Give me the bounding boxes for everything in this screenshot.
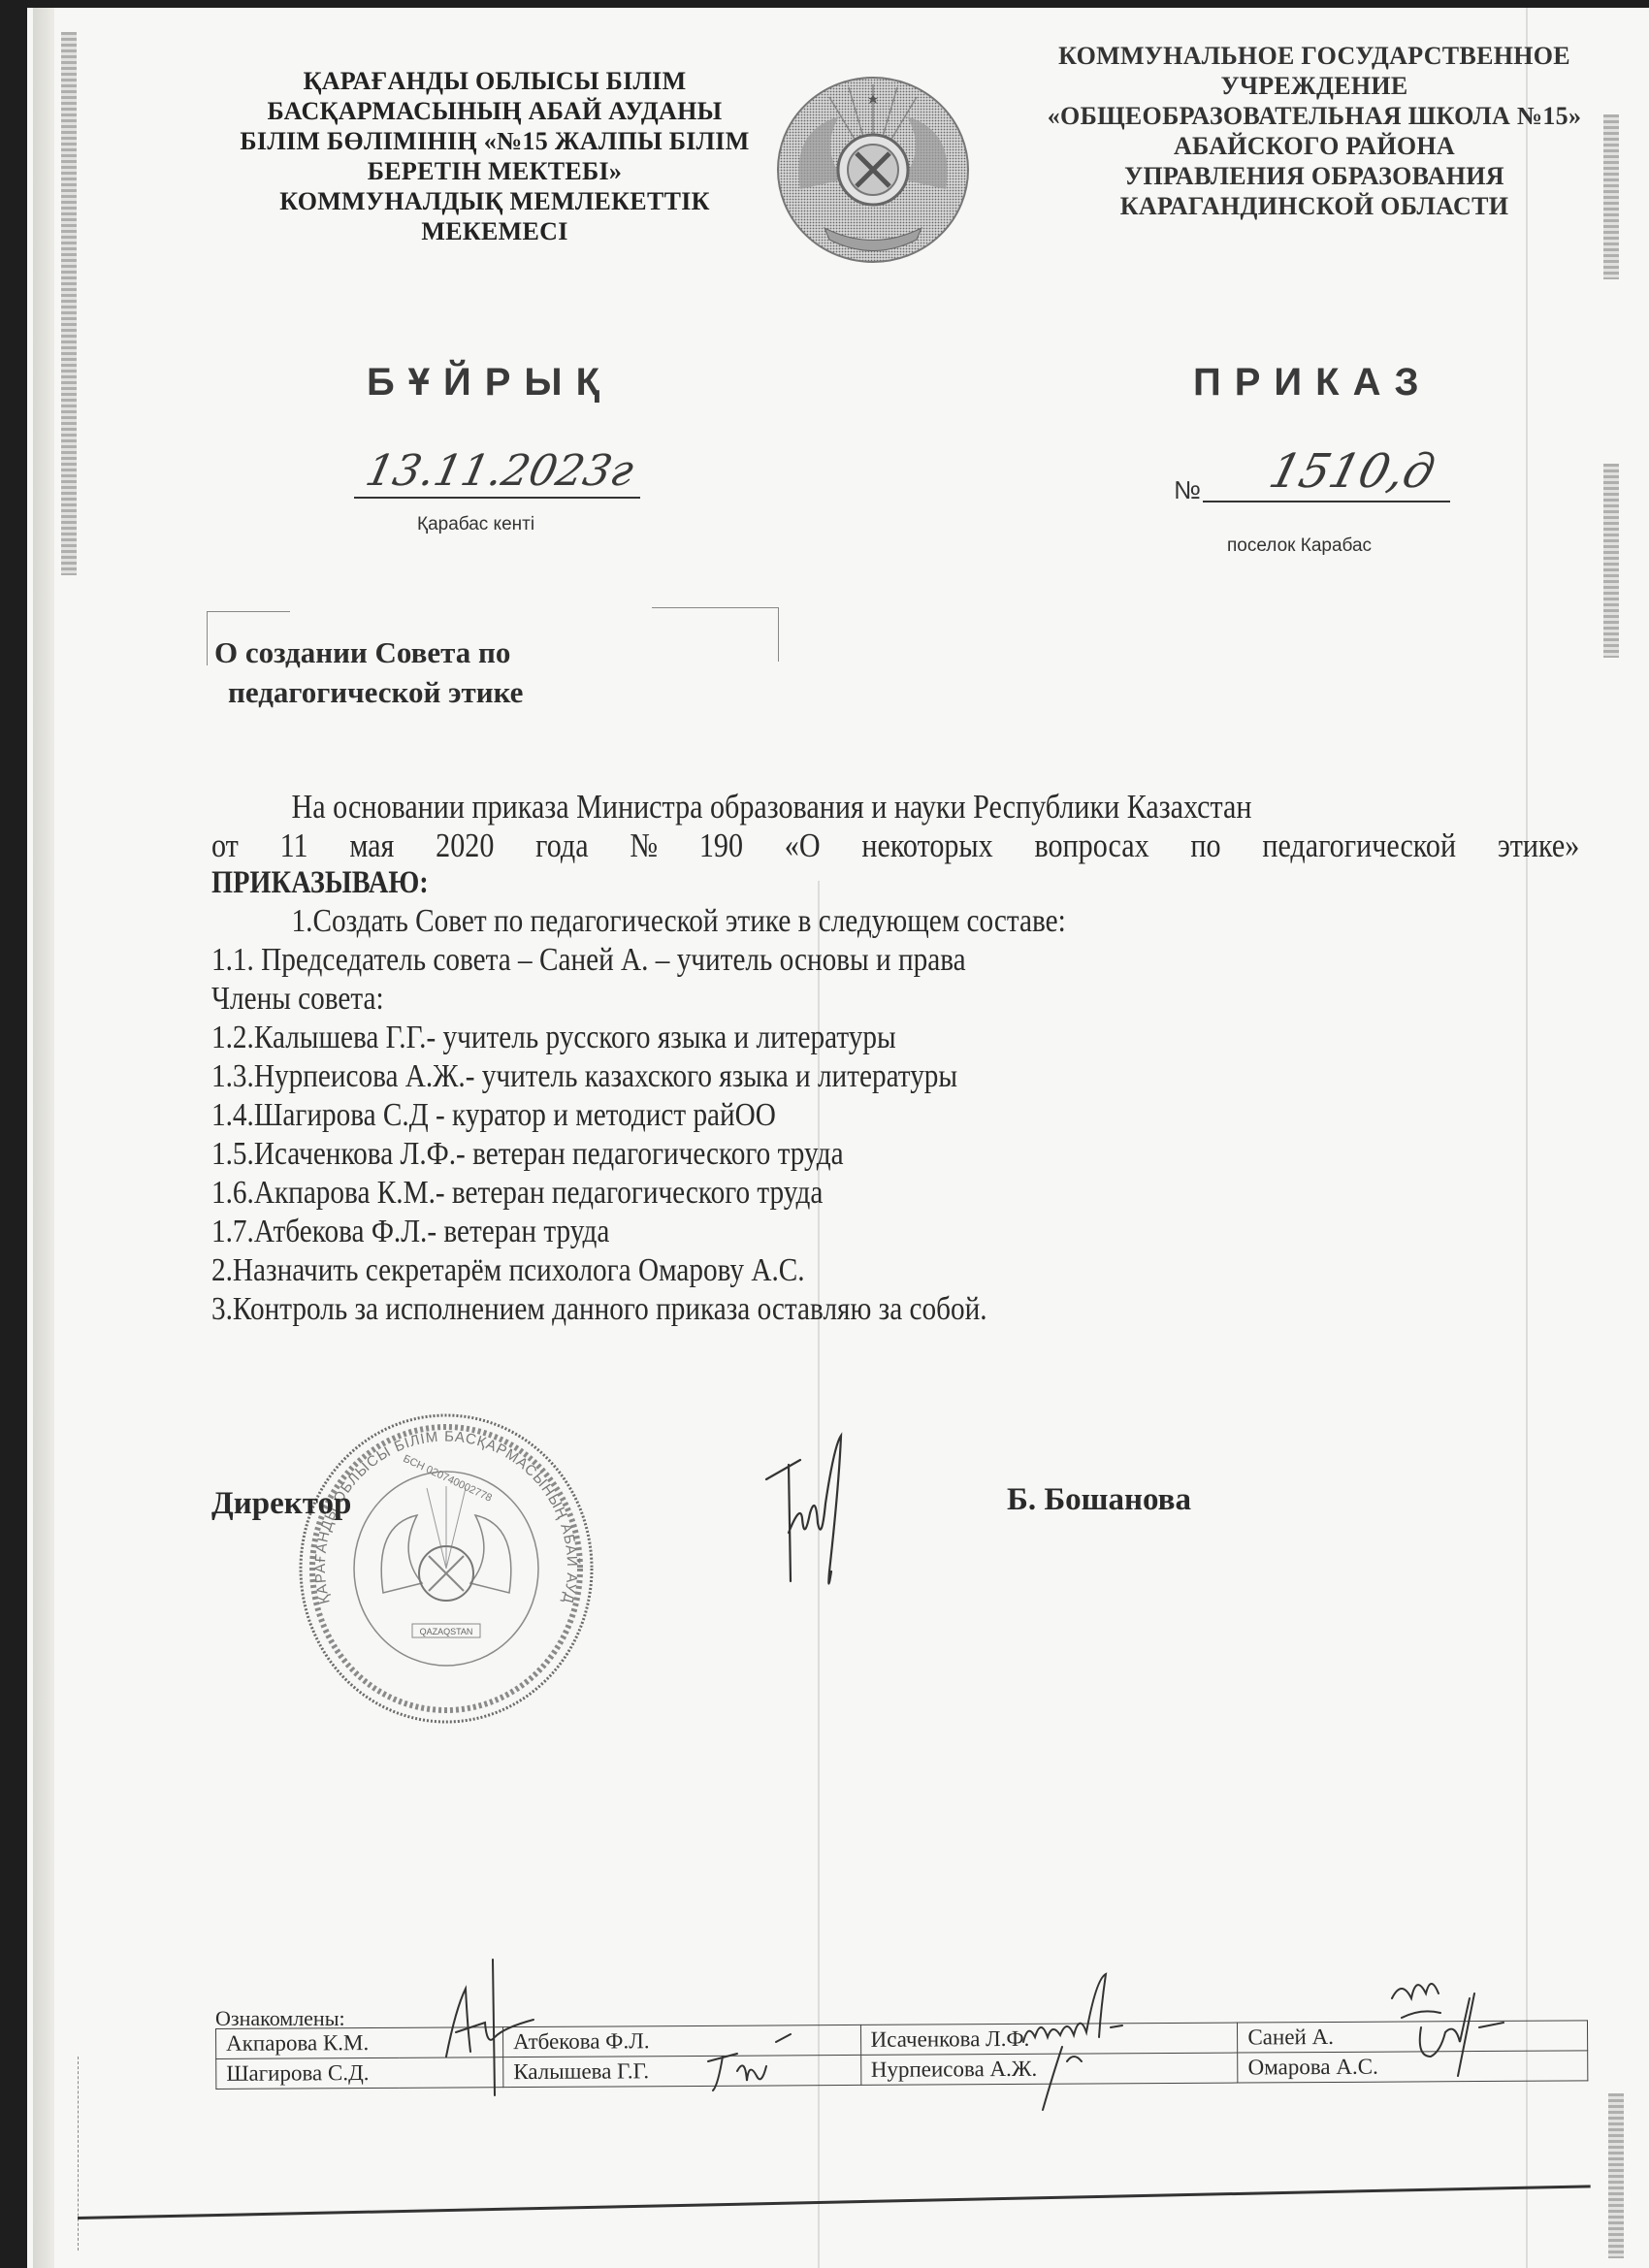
- order-item: 1.3.Нурпеисова А.Ж.- учитель казахского …: [211, 1057, 1388, 1096]
- header-line: АБАЙСКОГО РАЙОНА: [1009, 131, 1620, 161]
- order-item: 3.Контроль за исполнением данного приказ…: [211, 1290, 1388, 1329]
- subject-title: О создании Совета по педагогической этик…: [214, 632, 523, 712]
- stamp-center-text: QAZAQSTAN: [420, 1627, 473, 1636]
- preamble-line: от 11 мая 2020 года № 190 «О некоторых в…: [211, 826, 1579, 865]
- order-item: Члены совета:: [211, 980, 1388, 1019]
- toner-streak: [61, 32, 77, 575]
- order-body: На основании приказа Министра образовани…: [211, 788, 1388, 1329]
- word: 2020: [436, 826, 494, 865]
- subject-box: О создании Совета по педагогической этик…: [207, 603, 779, 710]
- word: №: [630, 826, 658, 865]
- header-line: БІЛІМ БӨЛІМІНІҢ «№15 ЖАЛПЫ БІЛІМ: [223, 126, 766, 156]
- word: 190: [699, 826, 743, 865]
- state-emblem-icon: [771, 73, 975, 267]
- signatory-name: Б. Бошанова: [1007, 1482, 1191, 1518]
- preamble-line: На основании приказа Министра образовани…: [211, 788, 1388, 826]
- header-russian-org: КОММУНАЛЬНОЕ ГОСУДАРСТВЕННОЕ УЧРЕЖДЕНИЕ …: [1009, 41, 1620, 221]
- place-russian: поселок Карабас: [1227, 535, 1372, 557]
- word: этике»: [1498, 826, 1579, 865]
- subject-line: О создании Совета по: [214, 632, 523, 672]
- number-label: №: [1174, 475, 1201, 505]
- header-line: УПРАВЛЕНИЯ ОБРАЗОВАНИЯ: [1009, 161, 1620, 191]
- header-line: ҚАРАҒАНДЫ ОБЛЫСЫ БІЛІМ: [223, 66, 766, 96]
- word: некоторых: [861, 826, 992, 865]
- doc-type-kazakh: БҰЙРЫҚ: [367, 361, 613, 405]
- order-item: 2.Назначить секретарём психолога Омарову…: [211, 1251, 1388, 1290]
- word: 11: [280, 826, 308, 865]
- scan-edge: [33, 8, 54, 2268]
- date-underline: [354, 497, 640, 499]
- word: «О: [785, 826, 821, 865]
- header-line: «ОБЩЕОБРАЗОВАТЕЛЬНАЯ ШКОЛА №15»: [1009, 101, 1620, 131]
- word: вопросах: [1034, 826, 1148, 865]
- order-item: 1.Создать Совет по педагогической этике …: [211, 902, 1388, 941]
- page-frame: [78, 2057, 1514, 2251]
- director-signature-icon: [761, 1426, 858, 1620]
- fold-line: [1526, 8, 1528, 2268]
- order-item: 1.5.Исаченкова Л.Ф.- ветеран педагогичес…: [211, 1135, 1388, 1174]
- header-kazakh-org: ҚАРАҒАНДЫ ОБЛЫСЫ БІЛІМ БАСҚАРМАСЫНЫҢ АБА…: [223, 66, 766, 246]
- toner-streak: [1608, 2093, 1624, 2258]
- order-item: 1.2.Калышева Г.Г.- учитель русского язык…: [211, 1019, 1388, 1057]
- header-line: БЕРЕТІН МЕКТЕБІ»: [223, 156, 766, 186]
- subject-bracket: [652, 607, 779, 662]
- ack-name-cell: Атбекова Ф.Л.: [503, 2025, 861, 2057]
- signatory-position: Директор: [211, 1486, 351, 1522]
- ack-name-cell: Акпарова К.М.: [216, 2027, 400, 2058]
- header-line: КОММУНАЛДЫҚ МЕМЛЕКЕТТІК: [223, 186, 766, 216]
- doc-type-russian: ПРИКАЗ: [1193, 361, 1433, 405]
- order-item: 1.1. Председатель совета – Саней А. – уч…: [211, 941, 1388, 980]
- header-line: МЕКЕМЕСІ: [223, 216, 766, 246]
- official-stamp-icon: QAZAQSTAN ҚАРАҒАНДЫ ОБЛЫСЫ БІЛІМ БАСҚАРМ…: [291, 1409, 601, 1729]
- order-number: 1510,д: [1264, 444, 1440, 499]
- header-line: КАРАГАНДИНСКОЙ ОБЛАСТИ: [1009, 191, 1620, 221]
- header-line: УЧРЕЖДЕНИЕ: [1009, 71, 1620, 101]
- word: по: [1190, 826, 1220, 865]
- word: года: [535, 826, 588, 865]
- header-line: БАСҚАРМАСЫНЫҢ АБАЙ АУДАНЫ: [223, 96, 766, 126]
- place-kazakh: Қарабас кенті: [417, 514, 534, 535]
- toner-streak: [1603, 464, 1619, 658]
- word: педагогической: [1262, 826, 1456, 865]
- header-line: КОММУНАЛЬНОЕ ГОСУДАРСТВЕННОЕ: [1009, 41, 1620, 71]
- number-underline: [1203, 501, 1450, 502]
- word: от: [211, 826, 239, 865]
- order-date: 13.11.2023г: [362, 446, 638, 496]
- order-item: 1.6.Акпарова К.М.- ветеран педагогическо…: [211, 1174, 1388, 1213]
- subject-line: педагогической этике: [214, 672, 523, 712]
- order-item: 1.4.Шагирова С.Д - куратор и методист ра…: [211, 1096, 1388, 1135]
- order-word: ПРИКАЗЫВАЮ:: [211, 865, 1388, 900]
- word: мая: [349, 826, 394, 865]
- order-item: 1.7.Атбекова Ф.Л.- ветеран труда: [211, 1213, 1388, 1251]
